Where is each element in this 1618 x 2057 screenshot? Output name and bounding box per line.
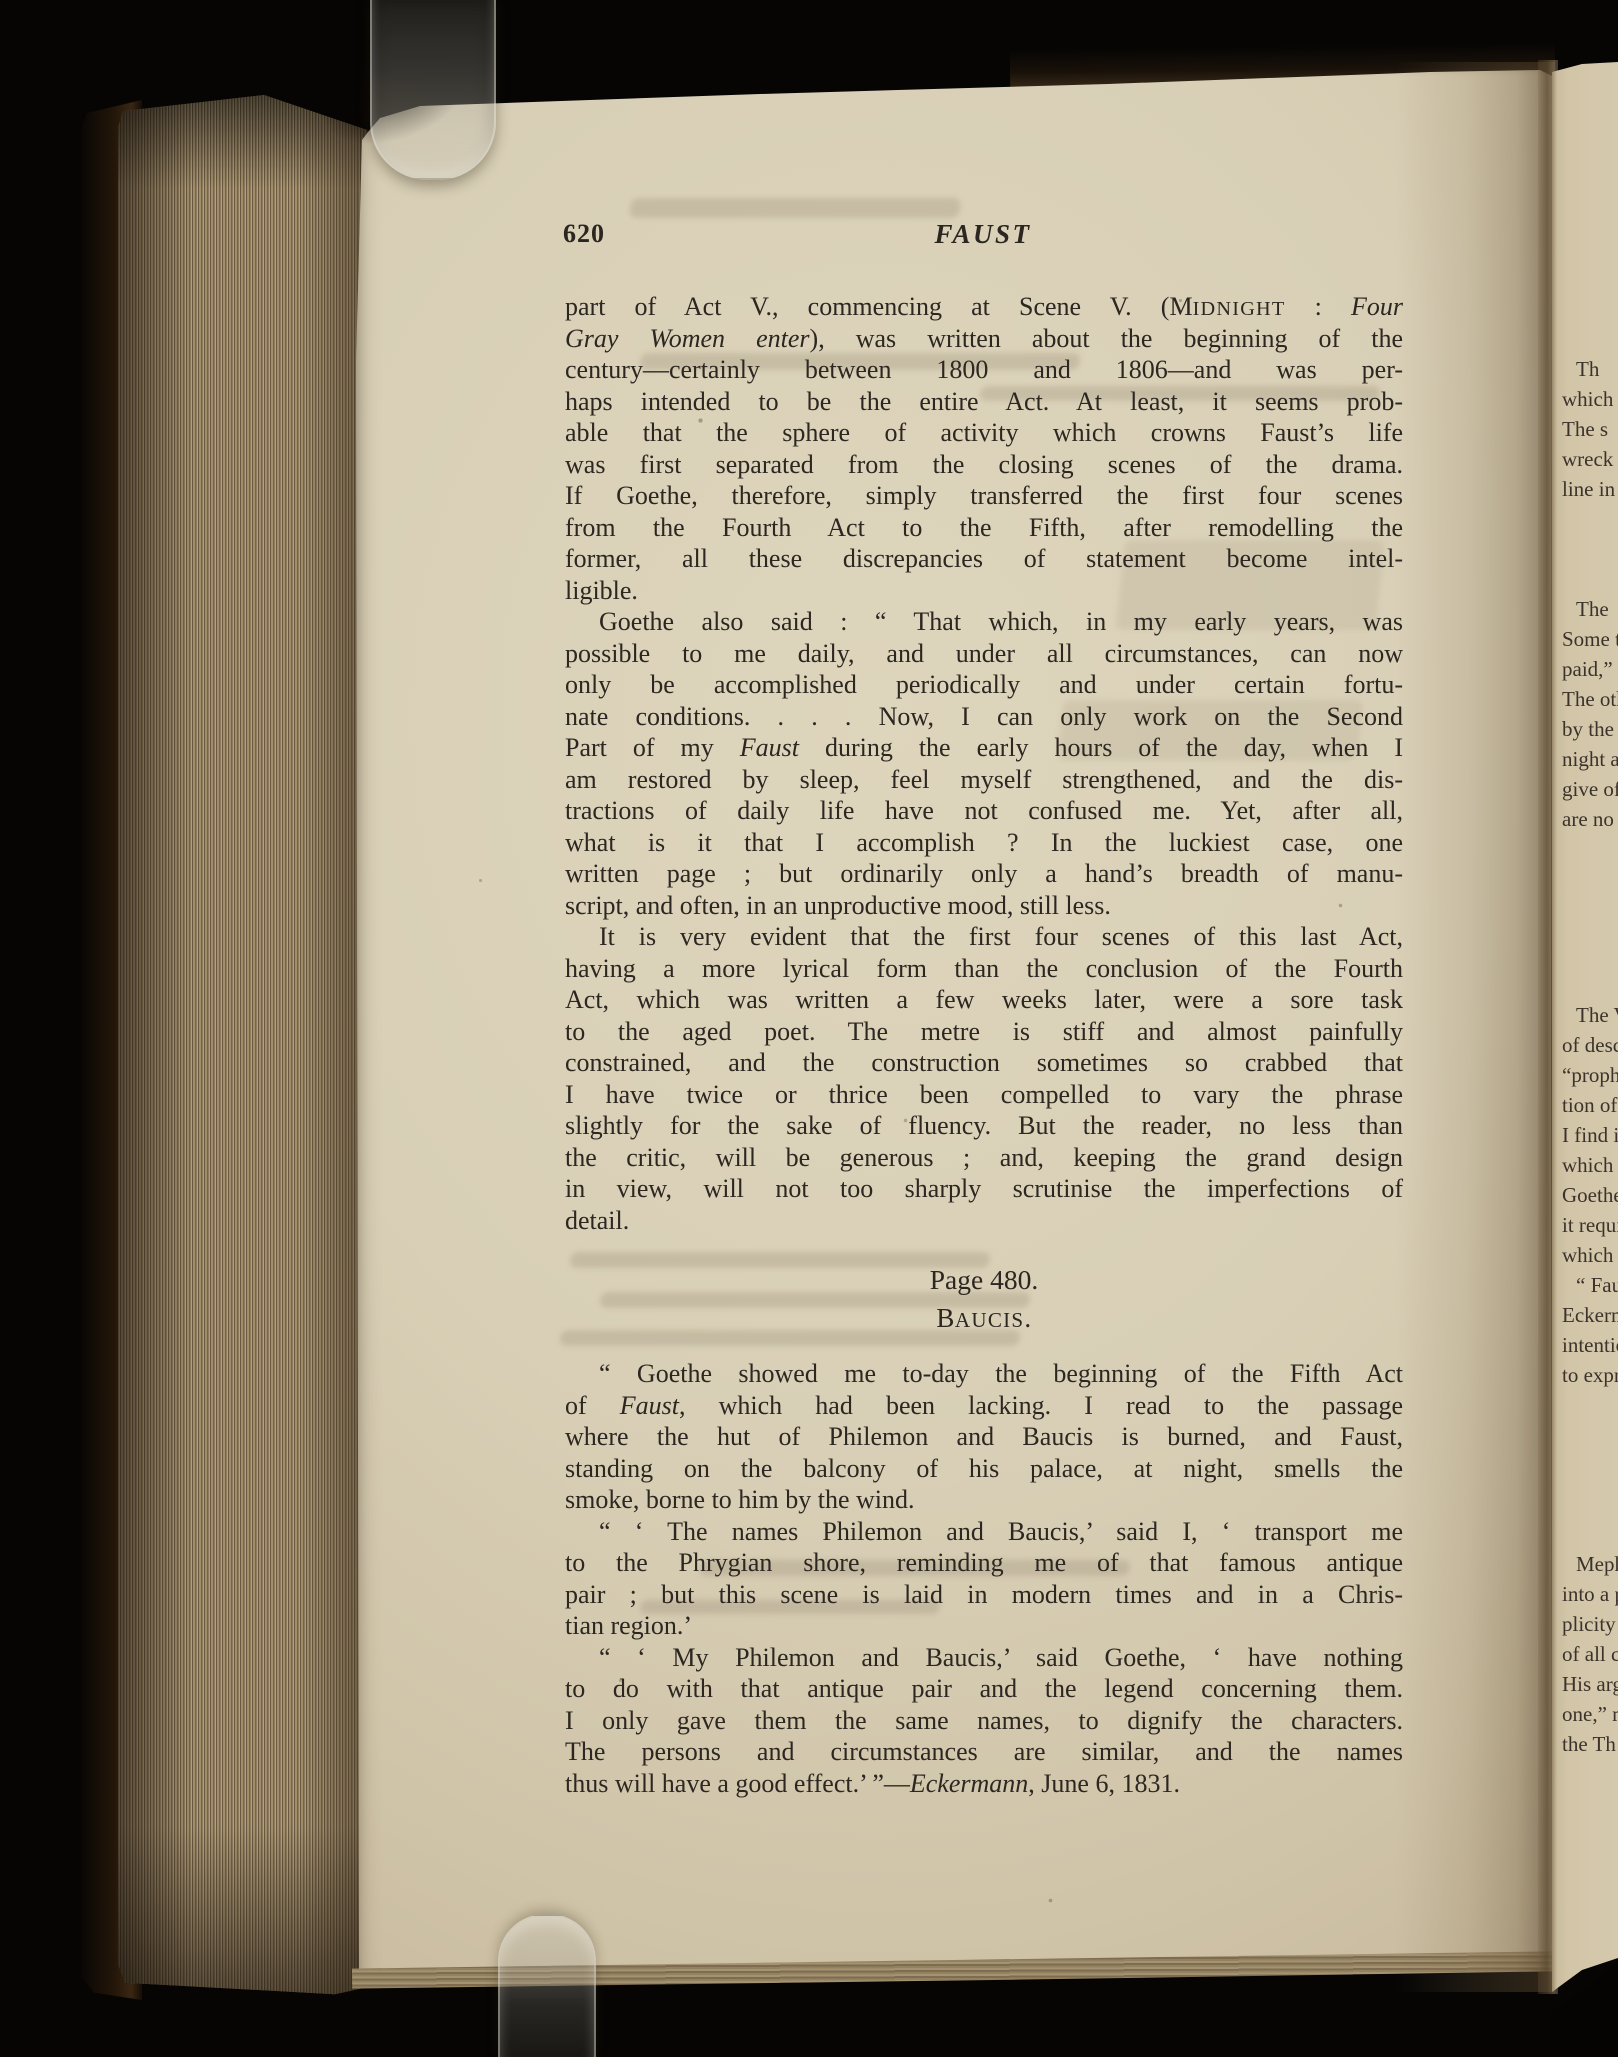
running-title: FAUST <box>563 219 1403 250</box>
next-page-text-fragment: His arg <box>1562 1669 1618 1699</box>
next-page-text-fragment: plicity i <box>1562 1609 1618 1639</box>
text-line: “ ‘ My Philemon and Baucis,’ said Goethe… <box>565 1642 1403 1674</box>
next-page-fragment-group: Mephiinto a pplicity iof all cHis argone… <box>1562 1549 1618 1759</box>
next-page-text-fragment: by the <box>1562 714 1618 744</box>
text-line: to do with that antique pair and the leg… <box>565 1673 1403 1705</box>
next-page-text-fragment: “prophe <box>1562 1060 1618 1090</box>
text-line: smoke, borne to him by the wind. <box>565 1484 1403 1516</box>
section-subheading: BAUCIS. <box>565 1303 1403 1337</box>
text-line: constrained, and the construction someti… <box>565 1047 1403 1079</box>
text-line: standing on the balcony of his palace, a… <box>565 1453 1403 1485</box>
next-page-text-fragment: which c <box>1562 1150 1618 1180</box>
text-line: I only gave them the same names, to dign… <box>565 1705 1403 1737</box>
text-line: nate conditions. . . . Now, I can only w… <box>565 701 1403 733</box>
paragraph: part of Act V., commencing at Scene V. (… <box>565 291 1403 606</box>
next-page-text-fragment: the Th <box>1562 1729 1618 1759</box>
paragraph: “ Goethe showed me to-day the beginning … <box>565 1358 1403 1516</box>
next-page-text-fragment: The oth <box>1562 684 1618 714</box>
text-line: tian region.’ <box>565 1610 1403 1642</box>
next-page-fragment-group: ThwhichThe swreckline in <box>1562 354 1618 504</box>
next-page-text-fragment: wreck <box>1562 444 1618 474</box>
text-line: tractions of daily life have not confuse… <box>565 795 1403 827</box>
gutter-shadow <box>1395 62 1555 1992</box>
next-page-text-fragment: Mephi <box>1562 1549 1618 1579</box>
text-line: pair ; but this scene is laid in modern … <box>565 1579 1403 1611</box>
text-line: century—certainly between 1800 and 1806—… <box>565 354 1403 386</box>
text-line: If Goethe, therefore, simply transferred… <box>565 480 1403 512</box>
text-line: having a more lyrical form than the conc… <box>565 953 1403 985</box>
text-line: “ Goethe showed me to-day the beginning … <box>565 1358 1403 1390</box>
next-page-text-fragment: to expre <box>1562 1360 1618 1390</box>
page-edges-stack <box>118 94 370 1998</box>
next-page-text-fragment: intention <box>1562 1330 1618 1360</box>
next-page-text-fragment: Some t <box>1562 624 1618 654</box>
text-line: only be accomplished periodically and un… <box>565 669 1403 701</box>
paragraph: “ ‘ My Philemon and Baucis,’ said Goethe… <box>565 1642 1403 1800</box>
next-page-sliver: ThwhichThe swreckline inTheSome tpaid,”T… <box>1552 62 1618 1996</box>
next-page-text-fragment: paid,” <box>1562 654 1618 684</box>
text-line: ligible. <box>565 575 1403 607</box>
next-page-text-fragment: into a p <box>1562 1579 1618 1609</box>
text-line: haps intended to be the entire Act. At l… <box>565 386 1403 418</box>
text-line: to the Phrygian shore, reminding me of t… <box>565 1547 1403 1579</box>
next-page-text-fragment: tion of <box>1562 1090 1618 1120</box>
text-line: The persons and circumstances are simila… <box>565 1736 1403 1768</box>
next-page-text-fragment: The <box>1562 594 1618 624</box>
next-page-fragment-group: The Vof descri“prophetion ofI find iwhic… <box>1562 1000 1618 1390</box>
book-photo: 620 FAUST part of Act V., commencing at … <box>0 0 1618 2057</box>
next-page-text-fragment: it requi <box>1562 1210 1618 1240</box>
next-page-text-fragment: of descri <box>1562 1030 1618 1060</box>
next-page-text-fragment: of all c <box>1562 1639 1618 1669</box>
text-line: slightly for the sake of fluency. But th… <box>565 1110 1403 1142</box>
text-line: It is very evident that the first four s… <box>565 921 1403 953</box>
next-page-fragment-group: TheSome tpaid,”The othby thenight asgive… <box>1562 594 1618 834</box>
text-line: “ ‘ The names Philemon and Baucis,’ said… <box>565 1516 1403 1548</box>
paragraph: It is very evident that the first four s… <box>565 921 1403 1236</box>
next-page-text-fragment: I find i <box>1562 1120 1618 1150</box>
text-line: thus will have a good effect.’ ”—Eckerma… <box>565 1768 1403 1800</box>
text-line: able that the sphere of activity which c… <box>565 417 1403 449</box>
next-page-text-fragment: night as <box>1562 744 1618 774</box>
next-page-text-fragment: The s <box>1562 414 1618 444</box>
next-page-text-fragment: which <box>1562 384 1618 414</box>
text-line: the critic, will be generous ; and, keep… <box>565 1142 1403 1174</box>
section-heading: Page 480. <box>565 1264 1403 1296</box>
next-page-text-fragment: “ Faus <box>1562 1270 1618 1300</box>
next-page-text-fragment: one,” m <box>1562 1699 1618 1729</box>
text-line: Goethe also said : “ That which, in my e… <box>565 606 1403 638</box>
next-page-text-fragment: are no f <box>1562 804 1618 834</box>
text-line: former, all these discrepancies of state… <box>565 543 1403 575</box>
text-line: of Faust, which had been lacking. I read… <box>565 1390 1403 1422</box>
text-line: detail. <box>565 1205 1403 1237</box>
text-line: written page ; but ordinarily only a han… <box>565 858 1403 890</box>
dust-specks <box>0 0 1 1</box>
next-page-text-fragment: The V <box>1562 1000 1618 1030</box>
text-line: Act, which was written a few weeks later… <box>565 984 1403 1016</box>
next-page-text-fragment: Goethe’s <box>1562 1180 1618 1210</box>
text-line: Gray Women enter), was written about the… <box>565 323 1403 355</box>
running-head: 620 FAUST <box>563 219 1403 255</box>
next-page-text-fragment: give of <box>1562 774 1618 804</box>
page-holder-clip-bottom <box>498 1914 596 2057</box>
text-line: in view, will not too sharply scrutinise… <box>565 1173 1403 1205</box>
next-page-text-fragment: line in <box>1562 474 1618 504</box>
text-line: where the hut of Philemon and Baucis is … <box>565 1421 1403 1453</box>
text-line: am restored by sleep, feel myself streng… <box>565 764 1403 796</box>
next-page-text-fragment: which to <box>1562 1240 1618 1270</box>
text-block: part of Act V., commencing at Scene V. (… <box>565 291 1403 1799</box>
paragraph: “ ‘ The names Philemon and Baucis,’ said… <box>565 1516 1403 1642</box>
text-line: from the Fourth Act to the Fifth, after … <box>565 512 1403 544</box>
text-line: was first separated from the closing sce… <box>565 449 1403 481</box>
paragraph: Goethe also said : “ That which, in my e… <box>565 606 1403 921</box>
next-page-text-fragment: Eckerma <box>1562 1300 1618 1330</box>
text-line: possible to me daily, and under all circ… <box>565 638 1403 670</box>
text-line: to the aged poet. The metre is stiff and… <box>565 1016 1403 1048</box>
text-line: script, and often, in an unproductive mo… <box>565 890 1403 922</box>
show-through-text <box>629 198 961 218</box>
text-line: part of Act V., commencing at Scene V. (… <box>565 291 1403 323</box>
text-line: what is it that I accomplish ? In the lu… <box>565 827 1403 859</box>
text-line: Part of my Faust during the early hours … <box>565 732 1403 764</box>
text-line: I have twice or thrice been compelled to… <box>565 1079 1403 1111</box>
page-holder-clip-top <box>370 0 496 180</box>
next-page-text-fragment: Th <box>1562 354 1618 384</box>
